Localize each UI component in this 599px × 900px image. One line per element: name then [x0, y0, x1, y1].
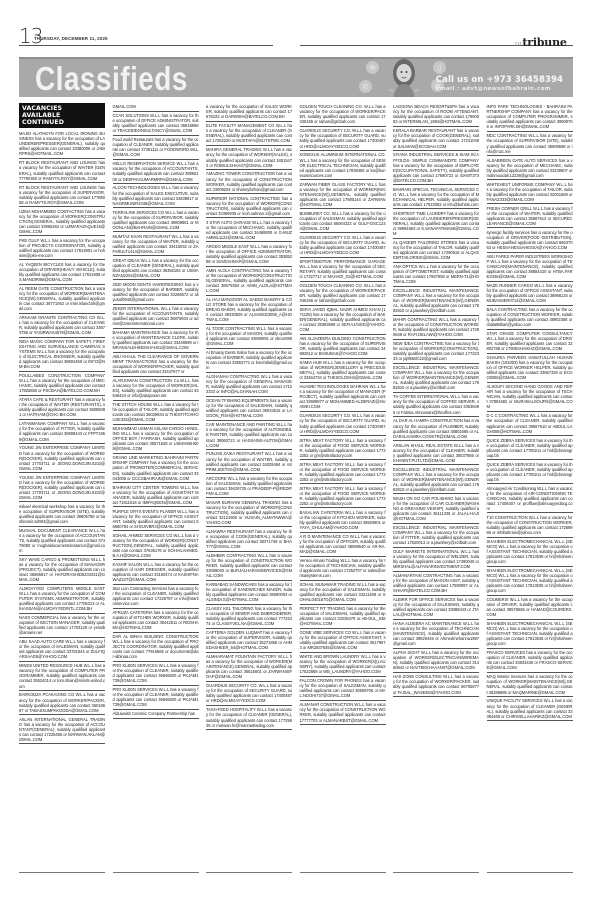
- classified-ad: ZEKER INTERNATIONAL W.L.L has a vacancy …: [113, 305, 199, 329]
- classified-ad: COUMERIX W.L.L has a vacancy for the occ…: [487, 596, 573, 620]
- woman-illustration-icon: [381, 57, 427, 97]
- classified-ad: TERRALINK SERVICES CO W.L.L has a vacanc…: [113, 208, 199, 232]
- classified-ad: GUARDIUS SECURITY CO. W.L.L has a vacanc…: [206, 682, 292, 706]
- classified-ad: PRO KLEEN SERVICES W.L.L has a vacancy f…: [113, 662, 199, 686]
- classified-ad: CCAN SOLUTIONS W.L.L has a vacancy for t…: [113, 112, 199, 136]
- classified-ad: ALBIRR FOR OFFICE SERVICES has a vacancy…: [393, 596, 479, 620]
- classified-ad: ATARA CAFE & RESTURANT has a vacancy for…: [19, 396, 105, 420]
- classified-ad: mikael electrical workshop has a vacancy…: [19, 502, 105, 526]
- classified-ad: ALBHBER CONTRACTING W.L.L has a vacancy …: [206, 552, 292, 581]
- classified-ad: SHAHEEN ELECTROMECHANICAL W.L.L (SEMCO) …: [487, 620, 573, 649]
- classified-ad: WHITE AND BROWN LAUNDRY W.L.L has a vaca…: [300, 653, 386, 677]
- classified-ad: SKY WAVE CARGO & PROMOTIONS W.L.L has a …: [19, 556, 105, 585]
- classified-ad: LATANMANAK COMPANY W.L.L has a vacancy f…: [19, 420, 105, 444]
- classified-ad: SHAHEEN ELECTROMECHANICAL W.L.L (SEMCO) …: [487, 567, 573, 596]
- classified-ad: CAFTERIA GOLDEN LUQMAT has a vacancy for…: [206, 629, 292, 653]
- classified-ad: INFO PARK TECHNOLOGIES - BAHRAINI PARTNE…: [487, 103, 573, 132]
- classified-ad: ALMHARAMAT FOUNTAIN FACTORY W.L.L has a …: [206, 653, 292, 682]
- classified-ad: WASH ON GO CAR POLISHING has a vacancy f…: [393, 494, 479, 523]
- classified-ad: KONEXUS ALUMINIUM INTERNATIONAL CO. W.L.…: [300, 151, 386, 180]
- classified-ad: PERFECT FIT TRADING has a vacancy for th…: [300, 605, 386, 629]
- classified-ad: GRAND LINE MARKETING BAHRAINI PARTNERSHI…: [113, 454, 199, 483]
- classified-ad: MUGHAL DOCUMENT CLEARANCE W.L.L has a va…: [19, 527, 105, 556]
- classified-ad: MAZE RUNNER CARGO W.L.L has a vacancy fo…: [487, 282, 573, 306]
- classified-ad: SOHAIL MUNAWAR TRADING W.L.L has a vacan…: [300, 581, 386, 605]
- contact-phone: Call us on +973 36458394: [436, 75, 563, 85]
- classified-ad: OCEAN TFISHING EQUIPMENTS has a vacancy …: [206, 397, 292, 421]
- classified-columns: VACANCIES AVAILABLE CONTINUED MAJID ALAT…: [19, 103, 573, 873]
- classified-ad: ABU FARES PAPER INDUSTRIES WORKSHOP W.L.…: [487, 253, 573, 282]
- classified-ad: MAJID ALATHEYN FOR LOCAL IRONING BUSINES…: [19, 130, 105, 159]
- classified-ad: GULF MARKETS INTERNATIONAL W.L.L has a v…: [393, 548, 479, 572]
- classified-ad: Alduwaish Ceramic Company Partnership ha…: [113, 710, 199, 719]
- classified-ad: SEFIA JAVED IQBAL NAZIR AHMED KHAN (1711…: [300, 306, 386, 335]
- masthead-logo: DTtribune: [515, 33, 567, 51]
- classified-ad: Food world Restaurant has a vacancy for …: [113, 136, 199, 160]
- column-bottom-rule: [19, 872, 105, 873]
- classified-ad: AMIN ALOLA CONTRACTING has a vacancy for…: [206, 267, 292, 296]
- classified-ad: MAQ Marine Services has a vacancy for th…: [487, 673, 573, 697]
- classified-ad: AMAZING TOWER CONSTRUCTION has a vacancy…: [206, 170, 292, 194]
- masthead-name: tribune: [522, 36, 566, 49]
- classified-ad: EXCELLENCE INDUSTRIAL MAINTENANCE COMPAN…: [393, 287, 479, 316]
- classified-ad: POULLAIBES CONSTRUCTION COMPANY W.L.L ha…: [19, 372, 105, 396]
- banner-illustration: [381, 57, 427, 97]
- classified-ad: GUARDIUS SECURITY CO. W.L.L has a vacanc…: [300, 233, 386, 257]
- classified-ad: NEW IDEA CONTRACTING has a vacancy for t…: [393, 340, 479, 364]
- classified-ad: MASAR BURHANI GENERAL TRADING has a vaca…: [206, 498, 292, 527]
- classified-ad: ALMANAR CONSTRUCTION W.L.L has a vacancy…: [300, 701, 386, 725]
- classified-ad: AFRUZA CAFETERIA has a vacancy for the o…: [113, 609, 199, 633]
- contact-info: Call us on +973 36458394 email : advt@ne…: [436, 75, 563, 92]
- classified-ad: BAHAMA MAINTENANCE has a vacancy for the…: [113, 329, 199, 353]
- classified-ad: YOUNG JIN ENTERPRISE COMPANY LIMITED has…: [19, 444, 105, 473]
- column-bottom-rule: [113, 872, 199, 873]
- classified-ad: SHORTEST TIME LAUNDRY has a vacancy for …: [393, 209, 479, 238]
- classified-ad: TH COFFEE INTERNATIONAL W.L.L has a vaca…: [393, 393, 479, 417]
- classified-ad: FALCON CROWN FOR PHONES has a vacancy fo…: [300, 677, 386, 701]
- classified-ad: T10 CONSTRUCTION W.L.L has a vacancy for…: [487, 513, 573, 537]
- classified-ad: ALNAWRA RESTAURANT has a vacancy for the…: [206, 527, 292, 551]
- classified-ad: AL TOOR CONTRACTING W.L.L has a vacancy …: [206, 325, 292, 349]
- classified-ad: ALGHANAH CONTRACTING W.L.L has a vacancy…: [206, 373, 292, 397]
- classified-ad: AL REEM GATE CONSTRUCTION has a vacancy …: [19, 285, 105, 314]
- classified-ad: NIDA MAGIC COMPANY FOR SAFETY, FIREFIGHT…: [19, 338, 105, 372]
- classified-ad: THE STITCH HOUSE W.L.L has a vacancy for…: [113, 401, 199, 425]
- classified-ad: STAR GRADE COMPUTER CONSULTANCY W.L.L ha…: [487, 330, 573, 354]
- column-bottom-rule: [393, 872, 479, 873]
- classified-ad: GOLDEN TOUCH CLEANING CO. W.L.L has a va…: [300, 103, 386, 127]
- classified-ad: RT BLOCK RESTAURANT AND LOUNGE has a vac…: [19, 159, 105, 183]
- classified-ad: ALPHA SIGHT W.L.L has a vacancy for the …: [393, 649, 479, 673]
- page-date: THURSDAY, DECEMBER 11, 2025: [34, 36, 108, 41]
- classified-ad: DAR AL BINAA BUILDING CONSTRUCTION W.L.L…: [113, 633, 199, 662]
- classified-ad: HUAWEI TECHNOLOGIES BAHRAIN W.L.L has a …: [300, 383, 386, 412]
- classified-ad: ARGEO MIDDLE EAST W.L.L has a vacancy fo…: [206, 242, 292, 266]
- classified-ad: ARHAAM GRANITE CONTRACTING CO W.L.L has …: [19, 314, 105, 338]
- classified-ad: ALCON TECHNOLOGIES W.L.L has a vacancy f…: [113, 184, 199, 208]
- classified-ad: ELITE FACILITY MANAGEMENT CO W.L.L has a…: [206, 122, 292, 146]
- classified-ad: Star Lion Contracting Services has a vac…: [113, 585, 199, 609]
- classified-ad: ALSABREEN GATE AUTO SERVICES has a vacan…: [487, 156, 573, 180]
- classified-ad: NASS COMMERCIAL has a vacancy for the oc…: [19, 614, 105, 638]
- classified-ad: SIYANA INDUSTRIAL SERVICES & SIAM SCAFFO…: [393, 151, 479, 185]
- classified-ad: KARBABAD SANDWICHES has a vacancy for th…: [206, 581, 292, 605]
- classified-ad: SITRA MEAT FACTORY W.L.L has a vacancy f…: [300, 460, 386, 484]
- classified-ad: CLASSY KEL TAILORING has a vacancy for t…: [206, 605, 292, 629]
- classified-ad: ALARJOWAN CONSTRUCTION Co.W.L.L has a va…: [113, 377, 199, 401]
- classified-ad: ABU KHALIL THE CLEARANCE OF GOVERNMENT T…: [113, 353, 199, 377]
- telephone-icon: ✆: [359, 80, 372, 93]
- classified-ad: ALSOUFI SECOND HAND GOODS AND REPAIR has…: [487, 383, 573, 412]
- classified-ad: YOUNG JIN ENTERPRISE COMPANY LIMITED has…: [19, 473, 105, 502]
- classified-ad: AKLAN INTERNATIONAL GENERAL TRADING has …: [19, 715, 105, 744]
- classified-ad: GOLDEN TOUCH CLEANING CO. W.L.L has a va…: [300, 282, 386, 306]
- classified-ad: HAS ZONE CONSULTING W.L.L has a vacancy …: [393, 673, 479, 697]
- classified-ad: MINDS UNITED RESOURCE HUB W.L.L has a va…: [19, 662, 105, 691]
- classified-ad: QUICK ZEBRA SERVICES has a vacancy for t…: [487, 436, 573, 460]
- classified-ad: SPORTSMOTIVE PERFORMANCE GARAGE W.L.L ha…: [300, 258, 386, 282]
- classified-ad: ZARWAN FIBER GLASS FACTORY W.L.L has a v…: [300, 180, 386, 209]
- classified-ad: WHITEHEST UNIFORMS COMPANY W.L.L has a v…: [487, 180, 573, 204]
- column-3: a vacancy for the occupation of SALES WO…: [206, 103, 292, 873]
- classified-ad: UNIQUE FACILITY SERVICES W.L.L has a vac…: [487, 697, 573, 721]
- classified-ad: 2020 MOON GENTS HAIRDRESSING has a vacan…: [113, 280, 199, 304]
- classified-ad: Vensoi Almasi Trading W.L.L has a vacanc…: [300, 557, 386, 581]
- classified-ad: AIN ALJAZEERA BUILDING CONSTRUCTION has …: [300, 335, 386, 359]
- column-5: LAGOONA BEACH RESORT&SPA has a vacancy f…: [393, 103, 479, 873]
- classified-ad: BAHRAIN SPECIAL TECHNICAL SERVICES CO. W…: [393, 185, 479, 209]
- classified-ad: EXCELLENCE INDUSTRIAL MAINTENANCE COMPAN…: [393, 465, 479, 494]
- classified-ad: PUNJAB ZAIKA RESTAURANT W.L.L has a vaca…: [206, 450, 292, 474]
- classified-ad: EXCELLENCE INDUSTRIAL MAINTENANCE COMPAN…: [393, 524, 479, 548]
- classifieds-banner: Classifieds ✉ ✆ ▯ ◍ Call us on +973 3645…: [19, 57, 573, 97]
- classified-ad: FRASCO SERVICES has a vacancy for the oc…: [487, 649, 573, 673]
- classified-ad: HELLO RESERVATION SERVICE W.L.L has a va…: [113, 160, 199, 184]
- classified-ad: UZMA MOHAMMED CONTACTING has a vacancy f…: [19, 207, 105, 236]
- classified-ad: ARCOORE W.L.L has a vacancy for the occu…: [206, 474, 292, 498]
- envelope-icon: ✉: [366, 61, 379, 74]
- classified-ad: TASH-FEED HOSPITALITY W.L.L has a vacanc…: [206, 706, 292, 730]
- classified-ad: EXCELLENCE INDUSTRIAL MAINTENANCE COMPAN…: [393, 364, 479, 393]
- classified-ad: SOHAIL AHMED SERVICES CO W.L.L has a vac…: [113, 531, 199, 560]
- column-1: VACANCIES AVAILABLE CONTINUED MAJID ALAT…: [19, 103, 105, 873]
- classified-ad: SITRA MEAT FACTORY W.L.L has a vacancy f…: [300, 484, 386, 508]
- column-2: GMAIL.COMCCAN SOLUTIONS W.L.L has a vaca…: [113, 103, 199, 873]
- column-bottom-rule: [300, 872, 386, 873]
- classified-ad: ANA OPTICS W.L.L has a vacancy for the o…: [393, 263, 479, 287]
- classified-ad: BUMBURET CO. W.L.L has a vacancy for the…: [300, 209, 386, 233]
- classified-ad: AL QASEER TAILORING STORES has a vacancy…: [393, 239, 479, 263]
- classified-ad: ALMOAYYED COMPUTERS MIDDLE EAST W.L.L ha…: [19, 585, 105, 614]
- classified-ad: MAHIRA GENERAL TRADING W.L.L has a vacan…: [206, 146, 292, 170]
- classified-ad: Almoayyed Air Conditioning W.L.L has a v…: [487, 484, 573, 513]
- classified-ad: FRESH CORNER GRILL W.L.L has a vacancy f…: [487, 204, 573, 228]
- classified-ad: HANA ALDEERA AC MAINTENANCE W.L.L has a …: [393, 620, 479, 649]
- column-bottom-rule: [487, 872, 573, 873]
- classified-ad: AL DAR AL HAMRA CONSTRUCTION has a vacan…: [393, 417, 479, 441]
- classified-ad: MUMTAZ KHAN RESTAURANT W.L.L has a vacan…: [113, 232, 199, 256]
- classified-ad: A R D MAINTENANCE CO W.L.L has a vacancy…: [300, 533, 386, 557]
- classified-ad: synergic facility services has a vacancy…: [487, 228, 573, 252]
- classified-ad: BARKODZA PCAKAGING CO W.L.L has a vacanc…: [19, 691, 105, 715]
- classified-ad: BASALIAN CAFETERIA W.L.L has a vacancy f…: [300, 508, 386, 532]
- page-header: 13 THURSDAY, DECEMBER 11, 2025: [19, 27, 273, 47]
- classified-ad: MDC CONTRACTING W.L.L has a vacancy for …: [487, 132, 573, 156]
- classified-ad: AL YAQEEN BICYCLES has a vacancy for the…: [19, 260, 105, 284]
- classified-ad: MUHAMMAD USMAN ASLAM CARGO HANDLING W.L.…: [113, 425, 199, 454]
- classified-ad: PRO KLEEN SERVICES W.L.L has a vacancy f…: [113, 686, 199, 710]
- classified-ad: CAR MAINTENANCE AND PAINTING W.L.L has a…: [206, 421, 292, 450]
- classified-ad: 3 STAR AUTO GARAGE W.L.L has a vacancy f…: [206, 218, 292, 242]
- classified-ad: GUARDIUS SECURITY CO. W.L.L has a vacanc…: [300, 412, 386, 436]
- mobile-phone-icon: ▯: [433, 61, 446, 74]
- classified-ad: SITRA MEAT FACTORY W.L.L has a vacancy f…: [300, 436, 386, 460]
- classified-ad: BALA CONTRACTING has a vacancy for the o…: [487, 306, 573, 330]
- classified-ad: SAMIA HUB W.L.L has a vacancy for the oc…: [300, 359, 386, 383]
- classified-ad: ARSLAN KHALIL REAL ESTATE W.L.L has a va…: [393, 441, 479, 465]
- classified-ad: GUARDIUS SECURITY CO. W.L.L has a vacanc…: [300, 127, 386, 151]
- banner-title: Classifieds: [35, 60, 188, 97]
- classified-ad: MAHIR CONTRACTING W.L.L has a vacancy fo…: [393, 316, 479, 340]
- classified-ad: SHAHEEN ELECTROMECHANICAL W.L.L (SEMCO) …: [487, 538, 573, 567]
- classified-ad: BAHRAIN CITY CENTER TOWERS W.L.L has a v…: [113, 483, 199, 507]
- classified-ad: ALMANARTAIN CONTRACTING has a vacancy fo…: [393, 572, 479, 596]
- classified-ad: LAGOONA BEACH RESORT&SPA has a vacancy f…: [393, 103, 479, 127]
- classified-ad: a vacancy for the occupation of SALES WO…: [206, 103, 292, 122]
- classified-ad: GREAT IDEAS W.L.L has a vacancy for the …: [113, 256, 199, 280]
- classified-ad: PURPLE ORYX EVENTS PLANER W.L.L has a va…: [113, 507, 199, 531]
- column-4: GOLDEN TOUCH CLEANING CO. W.L.L has a va…: [300, 103, 386, 873]
- classified-ad: KERALA BARBAR RESTAURANT has a vacancy f…: [393, 127, 479, 151]
- classified-ad: GHAURIA PARVEEN HABATULLAH HUSAIN BAKSH …: [487, 354, 573, 383]
- classified-ad: AL HAJ MANSOOR AL SAEED BAKERY & COLD ST…: [206, 296, 292, 325]
- classified-ad: KASHIF SALON W.L.L has a vacancy for the…: [113, 560, 199, 584]
- section-heading: VACANCIES AVAILABLE CONTINUED: [19, 103, 105, 128]
- classified-ad: RT BLOCK RESTAURANT AND LOUNGE has a vac…: [19, 183, 105, 207]
- contact-email: email : advt@newsofbahrain.com: [436, 86, 563, 92]
- header-divider: [19, 45, 273, 46]
- column-bottom-rule: [206, 872, 292, 873]
- column-6: INFO PARK TECHNOLOGIES - BAHRAINI PARTNE…: [487, 103, 573, 873]
- classified-ad: GONE VIBE SERVICES CO W.L.L has a vacanc…: [300, 629, 386, 653]
- classified-ad: PKE GULF W.L.L has a vacancy for the occ…: [19, 236, 105, 260]
- classified-ad: SUPERIOR NATIONAL CONTRACTING has a vaca…: [206, 194, 292, 218]
- classified-ad: GMAIL.COM: [113, 103, 199, 112]
- classified-ad: Al Emaraj Gents Salon has a vacancy for …: [206, 349, 292, 373]
- classified-ad: QUICK ZEBRA SERVICES has a vacancy for t…: [487, 460, 573, 484]
- classified-ad: ABU SAAD AUTO CARE W.L.L has a vacancy f…: [19, 638, 105, 662]
- classified-ad: D C C CONTRACTING W.L.L has a vacancy fo…: [487, 412, 573, 436]
